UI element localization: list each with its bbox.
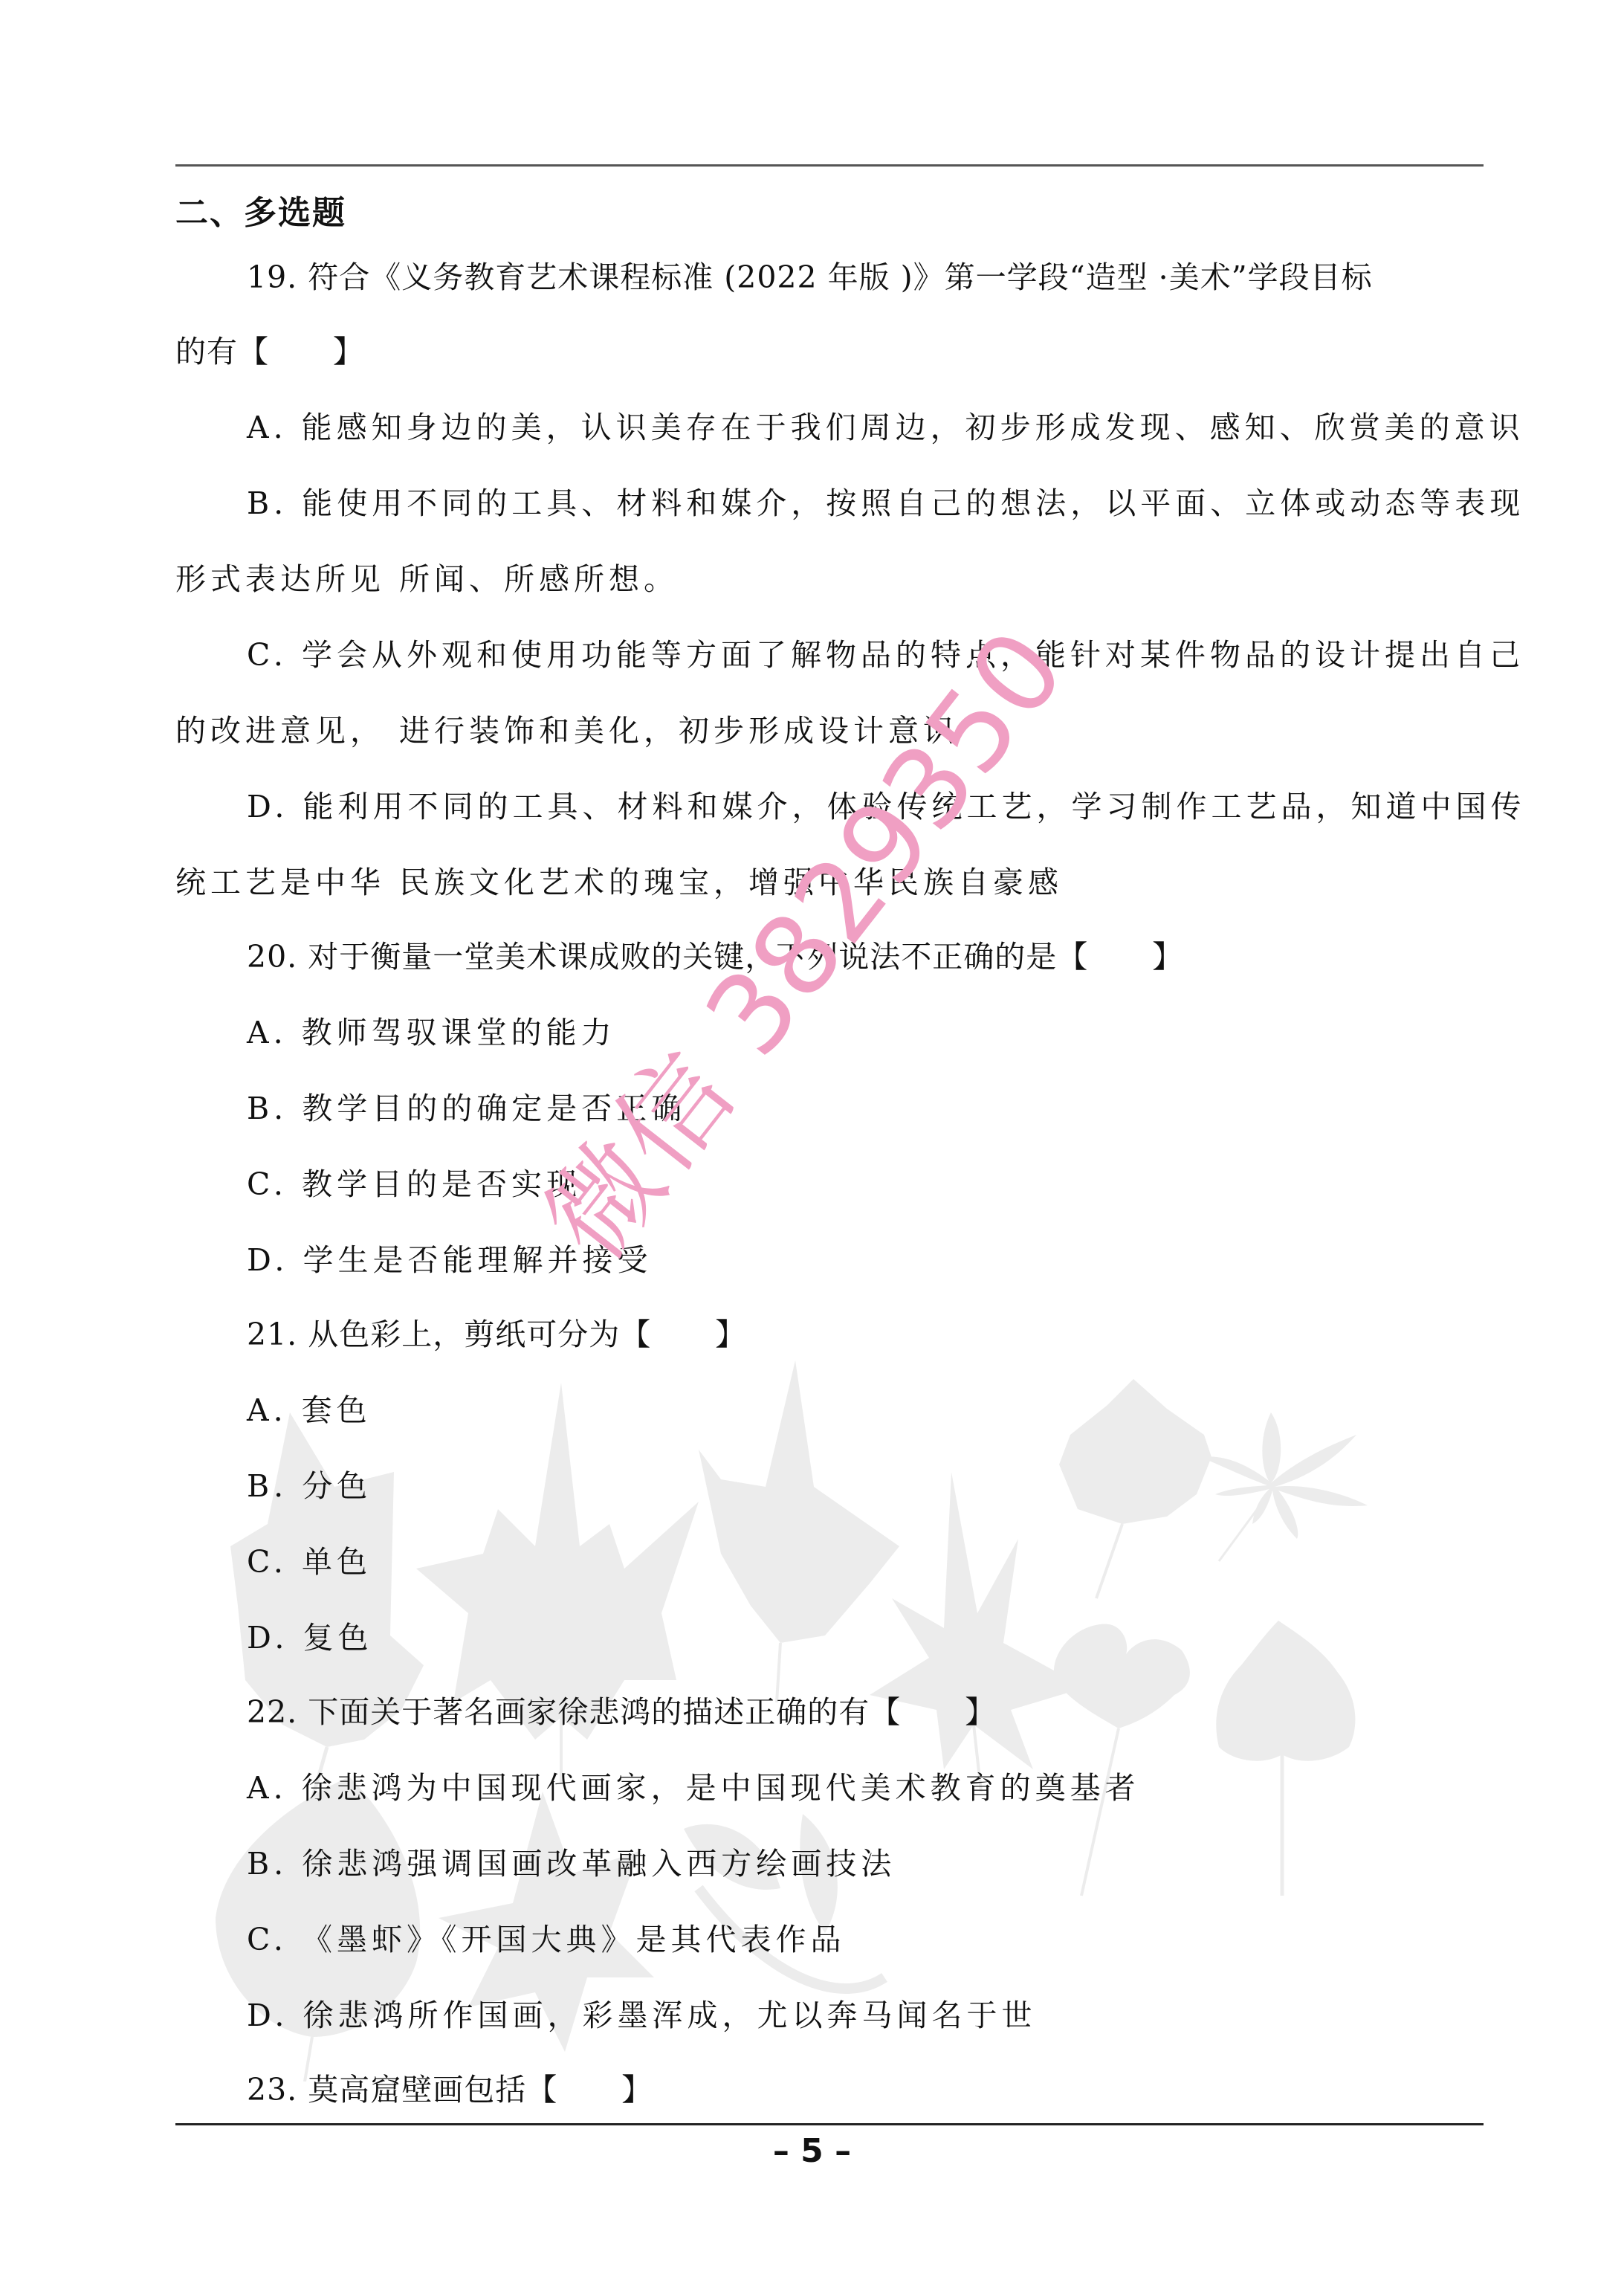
question-20-stem: 20. 对于衡量一堂美术课成败的关键，下列说法不正确的是【】: [247, 938, 1183, 975]
bracket-close: 】: [1152, 939, 1183, 975]
question-21-option-b: B. 分色: [247, 1467, 372, 1505]
leaf-icon: [223, 1383, 431, 1799]
question-19-option-a: A. 能感知身边的美，认识美存在于我们周边，初步形成发现、感知、欣赏美的意识: [247, 409, 1524, 446]
question-19-option-c: C. 学会从外观和使用功能等方面了解物品的特点，能针对某件物品的设计提出自己: [247, 636, 1524, 674]
question-21-option-a: A. 套色: [247, 1392, 372, 1429]
bracket-close: 】: [965, 1694, 996, 1730]
leaf-icon: [847, 1472, 1093, 1792]
question-23-stem-text: 23. 莫高窟壁画包括【: [247, 2072, 557, 2108]
footer-rule: [175, 2123, 1484, 2125]
question-22-stem-text: 22. 下面关于著名画家徐悲鸿的描述正确的有【: [247, 1694, 901, 1730]
question-19-option-b-cont: 形式表达所见 所闻、所感所想。: [175, 561, 679, 598]
question-19-stem: 19. 符合《义务教育艺术课程标准 (2022 年版 )》第一学段“造型 ·美术…: [247, 259, 1373, 296]
header-rule: [175, 164, 1484, 167]
question-22-option-b: B. 徐悲鸿强调国画改革融入西方绘画技法: [247, 1845, 896, 1882]
leaf-icon: [654, 1360, 899, 1702]
question-19-option-d: D. 能利用不同的工具、材料和媒介，体验传统工艺，学习制作工艺品，知道中国传: [247, 788, 1525, 825]
question-21-option-c: C. 单色: [247, 1543, 372, 1580]
leaf-icon: [1055, 1375, 1234, 1613]
question-21-stem-text: 21. 从色彩上，剪纸可分为【: [247, 1317, 651, 1352]
exam-page: 二、多选题 19. 符合《义务教育艺术课程标准 (2022 年版 )》第一学段“…: [0, 0, 1624, 2283]
question-23-stem: 23. 莫高窟壁画包括【】: [247, 2071, 653, 2108]
question-19-option-d-cont: 统工艺是中华 民族文化艺术的瑰宝，增强中华民族自豪感: [175, 864, 1063, 901]
leaf-icon: [1211, 1621, 1360, 1896]
question-22-option-d: D. 徐悲鸿所作国画，彩墨浑成，尤以奔马闻名于世: [247, 1997, 1036, 2034]
bracket-close: 】: [333, 334, 364, 369]
question-22-option-a: A. 徐悲鸿为中国现代画家，是中国现代美术教育的奠基者: [247, 1769, 1140, 1806]
question-20-option-b: B. 教学目的的确定是否正确: [247, 1090, 686, 1127]
question-21-option-d: D. 复色: [247, 1619, 372, 1656]
question-19-stem-cont: 的有【】: [175, 333, 364, 370]
bracket-close: 】: [715, 1317, 746, 1352]
question-20-option-d: D. 学生是否能理解并接受: [247, 1241, 652, 1279]
question-22-stem: 22. 下面关于著名画家徐悲鸿的描述正确的有【】: [247, 1693, 996, 1731]
leaf-icon: [1048, 1621, 1197, 1903]
question-19-option-c-cont: 的改进意见， 进行装饰和美化，初步形成设计意识: [175, 712, 958, 749]
question-21-stem: 21. 从色彩上，剪纸可分为【】: [247, 1316, 746, 1353]
section-heading: 二、多选题: [175, 195, 346, 232]
leaf-icon: [1197, 1412, 1390, 1613]
bracket-close: 】: [621, 2072, 653, 2108]
question-20-option-c: C. 教学目的是否实现: [247, 1166, 581, 1203]
question-19-stem-prefix: 的有【: [175, 334, 269, 369]
question-20-stem-text: 20. 对于衡量一堂美术课成败的关键，下列说法不正确的是【: [247, 939, 1088, 975]
question-19-option-b: B. 能使用不同的工具、材料和媒介，按照自己的想法，以平面、立体或动态等表现: [247, 485, 1524, 522]
question-22-option-c: C. 《墨虾》《开国大典》是其代表作品: [247, 1921, 845, 1958]
question-20-option-a: A. 教师驾驭课堂的能力: [247, 1014, 616, 1051]
page-number: – 5 –: [0, 2132, 1624, 2170]
